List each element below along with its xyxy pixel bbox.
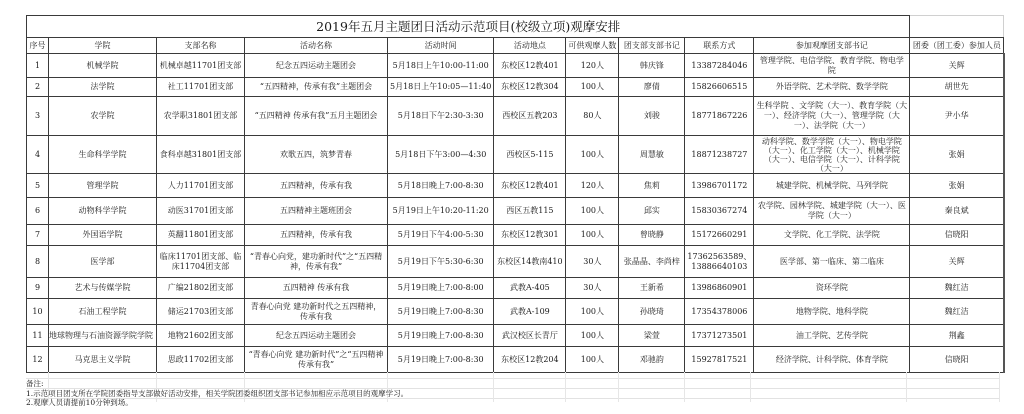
- cell-activity[interactable]: 五四精神主题班团会: [245, 198, 388, 225]
- cell-place[interactable]: 武教A-405: [494, 278, 566, 299]
- cell-capacity[interactable]: 30人: [566, 278, 619, 299]
- table-row: 3 农学院 农学职31801团支部 “五四精神 传承有我”五月主题团会 5月18…: [27, 97, 1004, 136]
- cell-no[interactable]: 5: [27, 174, 49, 198]
- cell-place[interactable]: 东校区12教304: [494, 78, 566, 97]
- cell-attendees[interactable]: 资环学院: [754, 278, 910, 299]
- cell-place[interactable]: 西校区5-115: [494, 136, 566, 174]
- cell-activity[interactable]: 纪念五四运动主题团会: [245, 54, 388, 78]
- cell-time[interactable]: 5月19日晚上7:00-8:00: [388, 278, 494, 299]
- cell-phone[interactable]: 18871238727: [685, 136, 754, 174]
- schedule-sheet: 2019年五月主题团日活动示范项目(校级立项)观摩安排 序号 学院 支部名称 活…: [26, 15, 1005, 373]
- header-phone: 联系方式: [685, 38, 754, 54]
- sheet-title: 2019年五月主题团日活动示范项目(校级立项)观摩安排: [27, 16, 910, 38]
- cell-secretary[interactable]: 梁萱: [619, 325, 685, 347]
- cell-place[interactable]: 武汉校区长青厅: [494, 325, 566, 347]
- cell-committee[interactable]: 关辉: [910, 246, 1004, 278]
- cell-committee[interactable]: 魏红洁: [910, 278, 1004, 299]
- cell-attendees[interactable]: 动科学院、数学学院（大一）、物电学院（大一）、化工学院（大一）、机械学院（大一）…: [754, 136, 910, 174]
- cell-attendees[interactable]: 外语学院、艺术学院、数学学院: [754, 78, 910, 97]
- cell-college[interactable]: 法学院: [49, 78, 157, 97]
- cell-committee[interactable]: 张娟: [910, 136, 1004, 174]
- note-item: 1.示范项目团支所在学院团委指导支部做好活动安排，相关学院团委组织团支部书记参加…: [26, 389, 408, 399]
- cell-phone[interactable]: 13387284046: [685, 54, 754, 78]
- cell-no[interactable]: 11: [27, 325, 49, 347]
- cell-activity[interactable]: “青春心向党，建功新时代”之“五四精神，传承有我”: [245, 246, 388, 278]
- cell-place[interactable]: 东校区12教401: [494, 54, 566, 78]
- cell-activity[interactable]: 欢歌五四，筑梦青春: [245, 136, 388, 174]
- header-no: 序号: [27, 38, 49, 54]
- cell-secretary[interactable]: 焦莉: [619, 174, 685, 198]
- cell-college[interactable]: 医学部: [49, 246, 157, 278]
- cell-phone[interactable]: 15172660291: [685, 225, 754, 246]
- cell-phone[interactable]: 17362563589、13886640103: [685, 246, 754, 278]
- cell-college[interactable]: 石油工程学院: [49, 299, 157, 325]
- table-row: 12 马克思主义学院 思政11702团支部 “青春心向党 建功新时代”之“五四精…: [27, 347, 1004, 373]
- table-row: 9 艺术与传媒学院 广编21802团支部 五四精神 传承有我 5月19日晚上7:…: [27, 278, 1004, 299]
- cell-place[interactable]: 武教A-109: [494, 299, 566, 325]
- cell-attendees[interactable]: 地物学院、地科学院: [754, 299, 910, 325]
- header-secretary: 团支部支部书记: [619, 38, 685, 54]
- header-activity: 活动名称: [245, 38, 388, 54]
- cell-committee[interactable]: 尹小华: [910, 97, 1004, 136]
- cell-phone[interactable]: 17354378006: [685, 299, 754, 325]
- cell-capacity[interactable]: 100人: [566, 198, 619, 225]
- cell-place[interactable]: 西校区五教203: [494, 97, 566, 136]
- cell-phone[interactable]: 15826606515: [685, 78, 754, 97]
- cell-college[interactable]: 机械学院: [49, 54, 157, 78]
- table-row: 11 地球物理与石油资源学院学院 地物21602团支部 纪念五四运动主题团会 5…: [27, 325, 1004, 347]
- table-row: 1 机械学院 机械卓越11701团支部 纪念五四运动主题团会 5月18日上午10…: [27, 54, 1004, 78]
- notes-label: 备注:: [26, 379, 408, 389]
- cell-activity[interactable]: “青春心向党 建功新时代”之“五四精神 传承有我”: [245, 347, 388, 373]
- cell-time[interactable]: 5月18日下午2:30-3:30: [388, 97, 494, 136]
- cell-capacity[interactable]: 100人: [566, 325, 619, 347]
- cell-time[interactable]: 5月19日下午5:30-6:30: [388, 246, 494, 278]
- cell-time[interactable]: 5月19日下午4:00-5:30: [388, 225, 494, 246]
- cell-secretary[interactable]: 孙晓琦: [619, 299, 685, 325]
- cell-capacity[interactable]: 100人: [566, 78, 619, 97]
- cell-college[interactable]: 农学院: [49, 97, 157, 136]
- cell-no[interactable]: 7: [27, 225, 49, 246]
- cell-activity[interactable]: 青春心向党 建功新时代之五四精神，传承有我: [245, 299, 388, 325]
- cell-branch[interactable]: 农学职31801团支部: [157, 97, 245, 136]
- cell-attendees[interactable]: 油工学院、艺传学院: [754, 325, 910, 347]
- table-row: 2 法学院 社工11701团支部 “五四精神，传承有我”主题团会 5月18日上午…: [27, 78, 1004, 97]
- cell-committee[interactable]: 张娟: [910, 174, 1004, 198]
- cell-place[interactable]: 东校区12教401: [494, 174, 566, 198]
- cell-committee[interactable]: 关辉: [910, 54, 1004, 78]
- cell-capacity[interactable]: 100人: [566, 299, 619, 325]
- cell-time[interactable]: 5月19日晚上7:00-8:30: [388, 325, 494, 347]
- cell-secretary[interactable]: 刘骏: [619, 97, 685, 136]
- cell-secretary[interactable]: 邱实: [619, 198, 685, 225]
- cell-attendees[interactable]: 管理学院、电信学院、教育学院、物电学院: [754, 54, 910, 78]
- cell-activity[interactable]: 五四精神，传承有我: [245, 225, 388, 246]
- cell-phone[interactable]: 15830367274: [685, 198, 754, 225]
- cell-branch[interactable]: 社工11701团支部: [157, 78, 245, 97]
- cell-committee[interactable]: 荆鑫: [910, 325, 1004, 347]
- cell-phone[interactable]: 17371273501: [685, 325, 754, 347]
- cell-secretary[interactable]: 王新希: [619, 278, 685, 299]
- cell-committee[interactable]: 信晓阳: [910, 347, 1004, 373]
- cell-branch[interactable]: 人力11701团支部: [157, 174, 245, 198]
- cell-no[interactable]: 9: [27, 278, 49, 299]
- header-college: 学院: [49, 38, 157, 54]
- table-row: 7 外国语学院 英翻11801团支部 五四精神，传承有我 5月19日下午4:00…: [27, 225, 1004, 246]
- schedule-table: 2019年五月主题团日活动示范项目(校级立项)观摩安排 序号 学院 支部名称 活…: [26, 15, 1005, 373]
- cell-activity[interactable]: “五四精神，传承有我”主题团会: [245, 78, 388, 97]
- cell-place[interactable]: 东校区12教204: [494, 347, 566, 373]
- cell-no[interactable]: 1: [27, 54, 49, 78]
- note-item: 2.观摩人员请提前10分钟到场。: [26, 398, 408, 408]
- empty-cell[interactable]: [910, 16, 1004, 38]
- cell-attendees[interactable]: 城建学院、机械学院、马列学院: [754, 174, 910, 198]
- cell-no[interactable]: 12: [27, 347, 49, 373]
- header-row: 序号 学院 支部名称 活动名称 活动时间 活动地点 可供观摩人数 团支部支部书记…: [27, 38, 1004, 54]
- cell-college[interactable]: 外国语学院: [49, 225, 157, 246]
- cell-secretary[interactable]: 廖倩: [619, 78, 685, 97]
- cell-attendees[interactable]: 农学院、园林学院、城建学院（大一）、医学院（大一）: [754, 198, 910, 225]
- header-committee: 团委（团工委）参加人员: [910, 38, 1004, 54]
- cell-time[interactable]: 5月19日上午10:20-11:20: [388, 198, 494, 225]
- cell-branch[interactable]: 广编21802团支部: [157, 278, 245, 299]
- cell-attendees[interactable]: 生科学院 、文学院（大一）、教育学院（大一）、经济学院（大一）、管理学院（大一）…: [754, 97, 910, 136]
- cell-attendees[interactable]: 医学部、第一临床、第二临床: [754, 246, 910, 278]
- table-row: 8 医学部 临床11701团支部、临床11704团支部 “青春心向党，建功新时代…: [27, 246, 1004, 278]
- cell-committee[interactable]: 胡世先: [910, 78, 1004, 97]
- header-place: 活动地点: [494, 38, 566, 54]
- cell-time[interactable]: 5月18日上午10:00-11:00: [388, 54, 494, 78]
- cell-capacity[interactable]: 100人: [566, 225, 619, 246]
- table-row: 5 管理学院 人力11701团支部 五四精神，传承有我 5月18日晚上7:00-…: [27, 174, 1004, 198]
- cell-secretary[interactable]: 周慧敏: [619, 136, 685, 174]
- cell-activity[interactable]: 五四精神，传承有我: [245, 174, 388, 198]
- cell-capacity[interactable]: 30人: [566, 246, 619, 278]
- cell-college[interactable]: 生命科学学院: [49, 136, 157, 174]
- cell-college[interactable]: 马克思主义学院: [49, 347, 157, 373]
- cell-no[interactable]: 2: [27, 78, 49, 97]
- header-branch: 支部名称: [157, 38, 245, 54]
- cell-attendees[interactable]: 文学院、化工学院、法学院: [754, 225, 910, 246]
- cell-no[interactable]: 8: [27, 246, 49, 278]
- cell-phone[interactable]: 18771867226: [685, 97, 754, 136]
- cell-college[interactable]: 管理学院: [49, 174, 157, 198]
- cell-time[interactable]: 5月19日晚上7:00-8:30: [388, 299, 494, 325]
- cell-no[interactable]: 10: [27, 299, 49, 325]
- cell-place[interactable]: 东校区12教301: [494, 225, 566, 246]
- cell-attendees[interactable]: 经济学院、计科学院、体育学院: [754, 347, 910, 373]
- notes-section: 备注: 1.示范项目团支所在学院团委指导支部做好活动安排，相关学院团委组织团支部…: [26, 379, 408, 408]
- cell-activity[interactable]: 纪念五四运动主题团会: [245, 325, 388, 347]
- cell-capacity[interactable]: 120人: [566, 54, 619, 78]
- cell-place[interactable]: 东校区14教南410: [494, 246, 566, 278]
- cell-committee[interactable]: 秦良斌: [910, 198, 1004, 225]
- cell-time[interactable]: 5月18日晚上7:00-8:30: [388, 174, 494, 198]
- header-time: 活动时间: [388, 38, 494, 54]
- cell-capacity[interactable]: 120人: [566, 174, 619, 198]
- cell-secretary[interactable]: 邓驰韵: [619, 347, 685, 373]
- cell-time[interactable]: 5月19日晚上7:00-8:30: [388, 347, 494, 373]
- cell-secretary[interactable]: 韩庆锋: [619, 54, 685, 78]
- cell-branch[interactable]: 储运21703团支部: [157, 299, 245, 325]
- cell-phone[interactable]: 13986701172: [685, 174, 754, 198]
- cell-committee[interactable]: 魏红洁: [910, 299, 1004, 325]
- cell-activity[interactable]: “五四精神 传承有我”五月主题团会: [245, 97, 388, 136]
- cell-branch[interactable]: 英翻11801团支部: [157, 225, 245, 246]
- cell-no[interactable]: 3: [27, 97, 49, 136]
- cell-no[interactable]: 4: [27, 136, 49, 174]
- header-capacity: 可供观摩人数: [566, 38, 619, 54]
- cell-college[interactable]: 动物科学学院: [49, 198, 157, 225]
- cell-time[interactable]: 5月18日下午3:00—4:30: [388, 136, 494, 174]
- cell-phone[interactable]: 13986860901: [685, 278, 754, 299]
- cell-branch[interactable]: 思政11702团支部: [157, 347, 245, 373]
- cell-no[interactable]: 6: [27, 198, 49, 225]
- cell-phone[interactable]: 15927817521: [685, 347, 754, 373]
- cell-capacity[interactable]: 100人: [566, 136, 619, 174]
- cell-college[interactable]: 地球物理与石油资源学院学院: [49, 325, 157, 347]
- table-row: 10 石油工程学院 储运21703团支部 青春心向党 建功新时代之五四精神，传承…: [27, 299, 1004, 325]
- cell-capacity[interactable]: 100人: [566, 347, 619, 373]
- cell-time[interactable]: 5月18日上午10:05—11:40: [388, 78, 494, 97]
- table-row: 4 生命科学学院 食科卓越31801团支部 欢歌五四，筑梦青春 5月18日下午3…: [27, 136, 1004, 174]
- cell-branch[interactable]: 动医31701团支部: [157, 198, 245, 225]
- cell-capacity[interactable]: 80人: [566, 97, 619, 136]
- cell-branch[interactable]: 食科卓越31801团支部: [157, 136, 245, 174]
- cell-college[interactable]: 艺术与传媒学院: [49, 278, 157, 299]
- cell-secretary[interactable]: 张晶晶、李尚梓: [619, 246, 685, 278]
- cell-branch[interactable]: 机械卓越11701团支部: [157, 54, 245, 78]
- cell-secretary[interactable]: 曾晓静: [619, 225, 685, 246]
- header-attendees: 参加观摩团支部书记: [754, 38, 910, 54]
- cell-branch[interactable]: 地物21602团支部: [157, 325, 245, 347]
- cell-committee[interactable]: 信晓阳: [910, 225, 1004, 246]
- cell-activity[interactable]: 五四精神 传承有我: [245, 278, 388, 299]
- cell-branch[interactable]: 临床11701团支部、临床11704团支部: [157, 246, 245, 278]
- table-row: 6 动物科学学院 动医31701团支部 五四精神主题班团会 5月19日上午10:…: [27, 198, 1004, 225]
- cell-place[interactable]: 西区五教115: [494, 198, 566, 225]
